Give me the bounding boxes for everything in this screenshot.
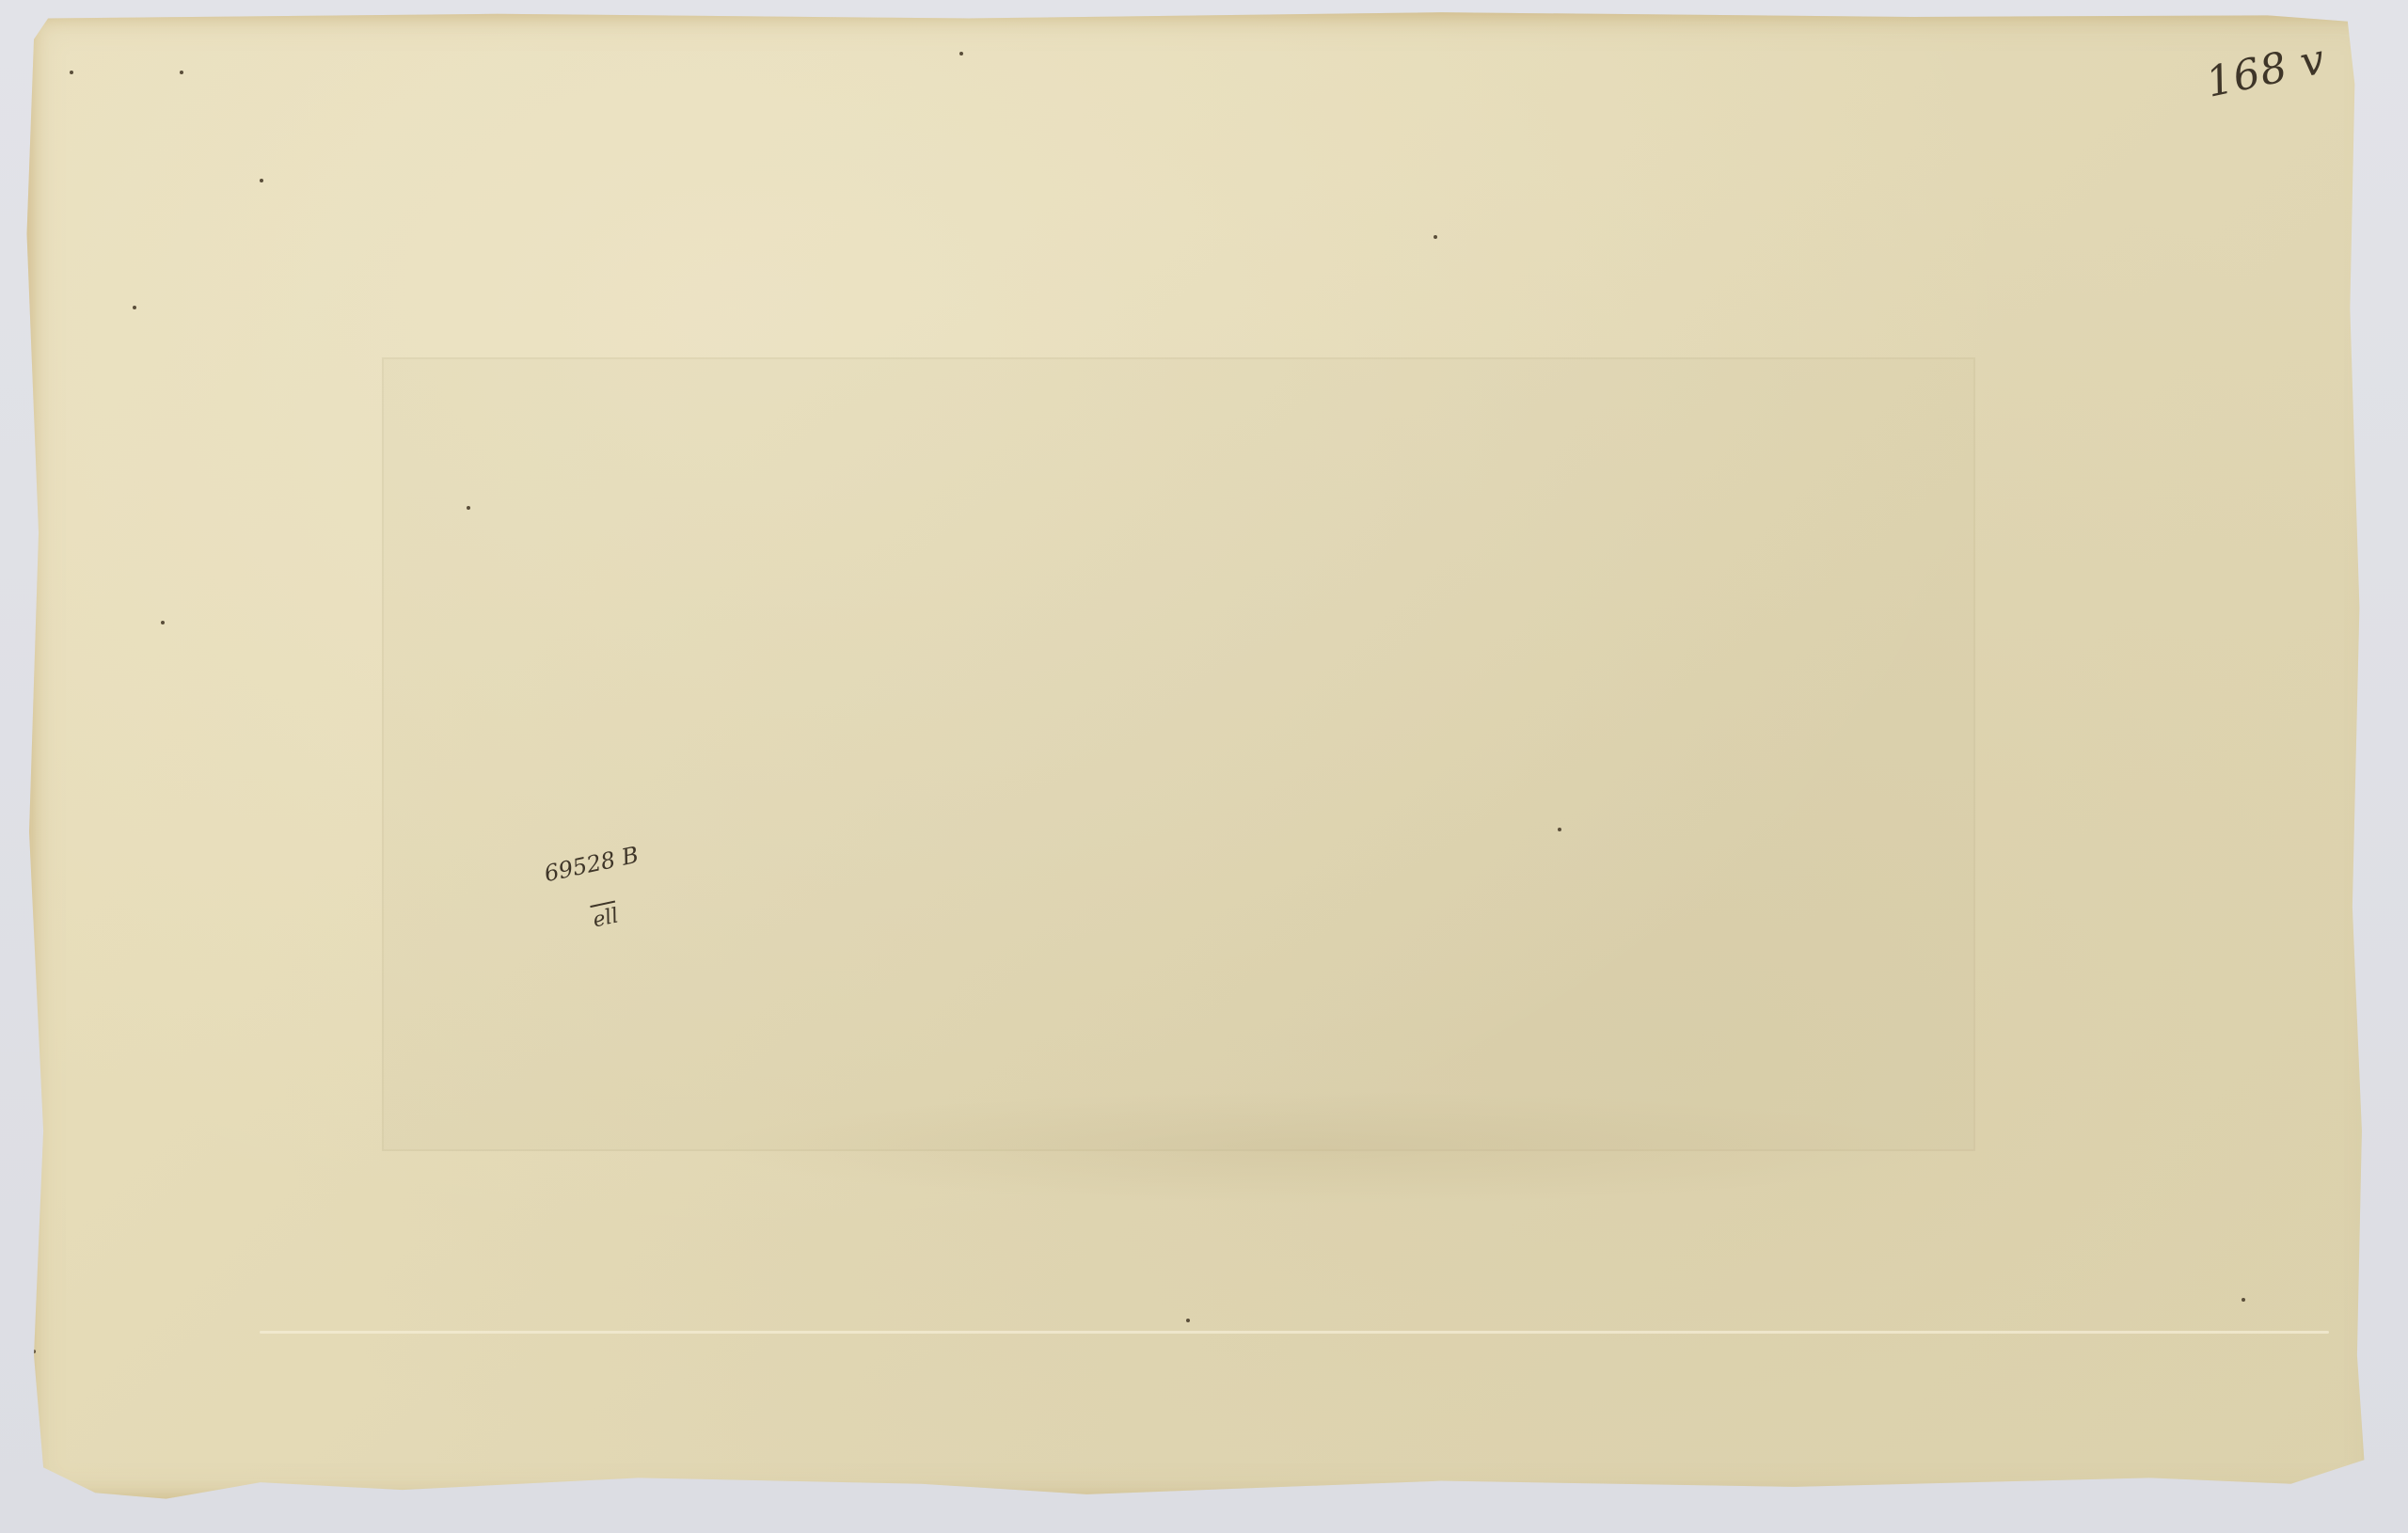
paper-sheet xyxy=(24,9,2385,1505)
inventory-mark-annotation: ell xyxy=(590,901,621,933)
foxing-speck xyxy=(32,1350,36,1353)
foxing-speck xyxy=(467,506,470,510)
foxing-speck xyxy=(180,71,183,74)
foxing-speck xyxy=(1558,828,1561,831)
foxing-speck xyxy=(133,306,136,309)
photo-background: 168 v 69528 B ell xyxy=(0,0,2408,1533)
foxing-speck xyxy=(2242,1298,2245,1302)
paper-crease xyxy=(260,1331,2329,1334)
foxing-speck xyxy=(260,179,263,182)
foxing-speck xyxy=(1186,1319,1190,1322)
foxing-speck xyxy=(959,52,963,55)
plate-mark-ghost xyxy=(382,357,1975,1151)
foxing-speck xyxy=(1434,235,1437,239)
foxing-speck xyxy=(70,71,73,74)
show-through-stain xyxy=(711,1091,1934,1204)
foxing-speck xyxy=(161,621,165,624)
